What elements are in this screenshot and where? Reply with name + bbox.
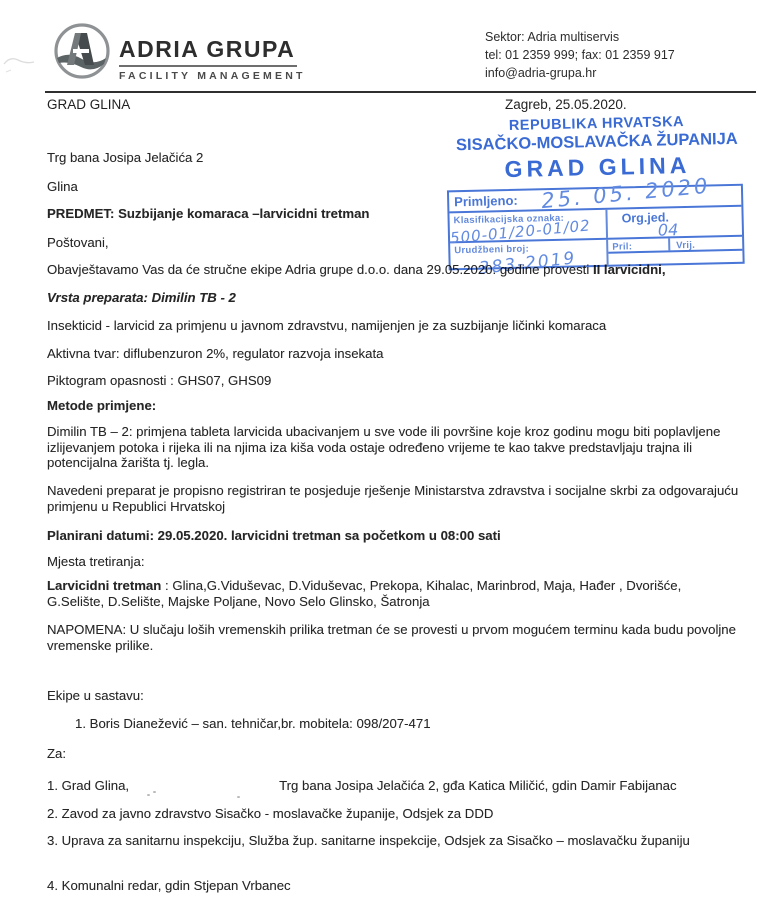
pictogram-line: Piktogram opasnosti : GHS07, GHS09 bbox=[47, 373, 739, 389]
company-name: ADRIA GRUPA bbox=[119, 36, 309, 63]
recipient-item-2: 2. Zavod za javno zdravstvo Sisačko - mo… bbox=[47, 806, 739, 822]
methods-heading: Metode primjene: bbox=[47, 398, 739, 414]
note-paragraph: NAPOMENA: U slučaju loših vremenskih pri… bbox=[47, 622, 739, 653]
contact-phone-fax: tel: 01 2359 999; fax: 01 2359 917 bbox=[485, 46, 675, 64]
contact-sector: Sektor: Adria multiservis bbox=[485, 28, 675, 46]
recipient-item-1: 1. Grad Glina,Trg bana Josipa Jelačića 2… bbox=[47, 778, 739, 794]
methods-paragraph: Dimilin TB – 2: primjena tableta larvici… bbox=[47, 424, 739, 471]
for-label: Za: bbox=[47, 746, 739, 762]
contact-block: Sektor: Adria multiservis tel: 01 2359 9… bbox=[485, 28, 675, 82]
recipient-item-3: 3. Uprava za sanitarnu inspekciju, Služb… bbox=[47, 833, 739, 849]
insecticide-line: Insekticid - larvicid za primjenu u javn… bbox=[47, 318, 739, 334]
contact-email: info@adria-grupa.hr bbox=[485, 64, 675, 82]
stamp-vrij-label: Vrij. bbox=[670, 238, 695, 251]
stamp-pril-label: Pril: bbox=[608, 238, 670, 251]
active-substance-line: Aktivna tvar: diflubenzuron 2%, regulato… bbox=[47, 346, 739, 362]
stamp-handwritten-orgjed: 04 bbox=[658, 220, 679, 239]
place-date: Zagreb, 25.05.2020. bbox=[505, 97, 627, 112]
adria-grupa-logo-icon bbox=[53, 22, 111, 80]
receipt-stamp: REPUBLIKA HRVATSKA SISAČKO-MOSLAVAČKA ŽU… bbox=[445, 113, 750, 271]
planned-dates-line: Planirani datumi: 29.05.2020. larvicidni… bbox=[47, 528, 739, 544]
recipient1-suffix: Trg bana Josipa Jelačića 2, gđa Katica M… bbox=[279, 778, 677, 793]
registration-paragraph: Navedeni preparat je propisno registrira… bbox=[47, 483, 739, 514]
scanned-letter-page: ADRIA GRUPA FACILITY MANAGEMENT Sektor: … bbox=[0, 0, 759, 908]
team-heading: Ekipe u sastavu: bbox=[47, 688, 739, 704]
letterhead: ADRIA GRUPA FACILITY MANAGEMENT bbox=[53, 22, 313, 84]
team-member-item: 1. Boris Dianežević – san. tehničar,br. … bbox=[47, 716, 739, 732]
company-tagline: FACILITY MANAGEMENT bbox=[119, 70, 309, 82]
places-bold-text: Larvicidni tretman bbox=[47, 578, 161, 593]
stamp-table: Primljeno: Klasifikacijska oznaka: Org.j… bbox=[447, 184, 745, 271]
header-divider bbox=[45, 91, 756, 93]
preparation-line: Vrsta preparata: Dimilin TB - 2 bbox=[47, 290, 739, 306]
recipient-item-4: 4. Komunalni redar, gdin Stjepan Vrbanec bbox=[47, 878, 739, 894]
recipient-org: GRAD GLINA bbox=[47, 97, 130, 112]
pencil-mark bbox=[2, 50, 46, 76]
places-paragraph: Larvicidni tretman : Glina,G.Viduševac, … bbox=[47, 578, 739, 609]
recipient1-prefix: 1. Grad Glina, bbox=[47, 778, 129, 793]
places-heading: Mjesta tretiranja: bbox=[47, 554, 739, 570]
brand-underline bbox=[119, 65, 297, 67]
